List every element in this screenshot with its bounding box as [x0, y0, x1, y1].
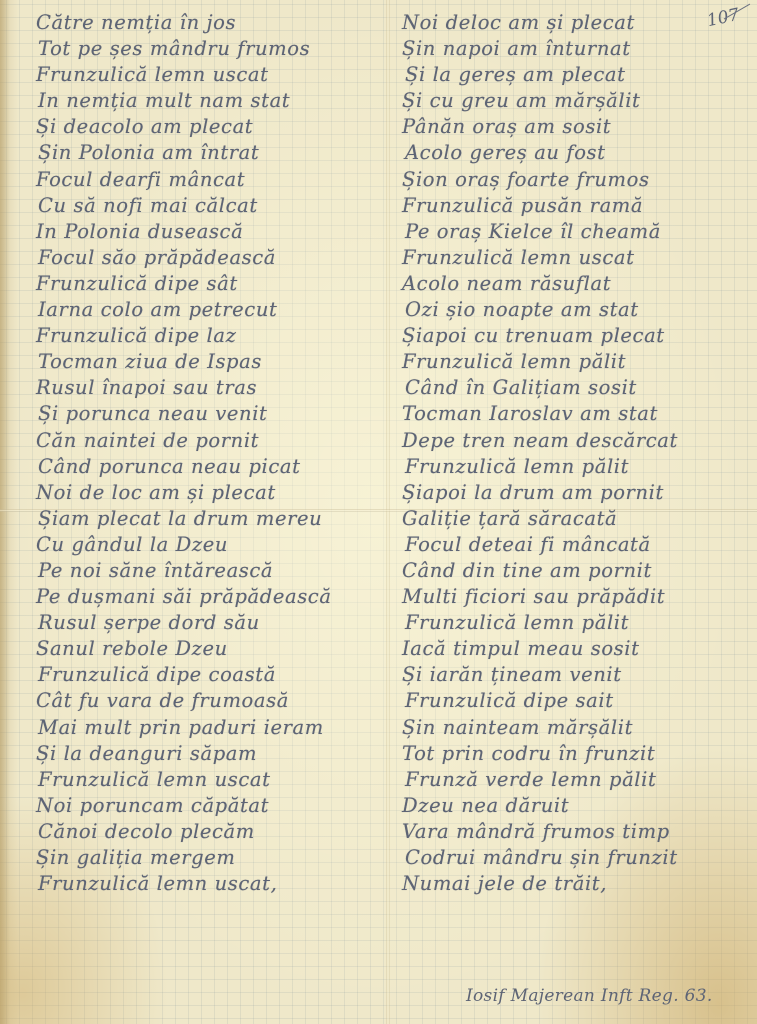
poem-line: Pânăn oraș am sosit: [402, 114, 752, 140]
notebook-page: Către nemția în josTot pe șes mândru fru…: [0, 0, 757, 1024]
poem-line: Focul săo prăpădească: [36, 245, 386, 271]
poem-line: Frunzulică lemn uscat: [36, 62, 386, 88]
poem-line: Când în Galițiam sosit: [402, 375, 752, 401]
poem-line: Șiapoi la drum am pornit: [402, 480, 752, 506]
poem-line: Șin Polonia am întrat: [36, 140, 386, 166]
poem-line: Iacă timpul meau sosit: [402, 636, 752, 662]
poem-line: In nemția mult nam stat: [36, 88, 386, 114]
poem-line: Frunzulică lemn uscat,: [36, 871, 386, 897]
poem-line: Frunzulică dipe coastă: [36, 662, 386, 688]
poem-line: Mai mult prin paduri ieram: [36, 715, 386, 741]
poem-line: Noi deloc am și plecat: [402, 10, 752, 36]
poem-line: Șin napoi am înturnat: [402, 36, 752, 62]
poem-line: Rusul înapoi sau tras: [36, 375, 386, 401]
poem-line: Frunzulică lemn uscat: [36, 767, 386, 793]
poem-line: Tocman ziua de Ispas: [36, 349, 386, 375]
poem-line: Șin galiția mergem: [36, 845, 386, 871]
poem-line: Iarna colo am petrecut: [36, 297, 386, 323]
poem-line: Frunzulică lemn pălit: [402, 349, 752, 375]
poem-line: Când din tine am pornit: [402, 558, 752, 584]
poem-line: Pe noi săne întărească: [36, 558, 386, 584]
poem-line: In Polonia dusească: [36, 219, 386, 245]
author-signature: Iosif Majerean Inft Reg. 63.: [466, 986, 713, 1006]
poem-line: Când porunca neau picat: [36, 454, 386, 480]
right-poem-column: Noi deloc am și plecatȘin napoi am întur…: [402, 10, 752, 897]
poem-line: Tot pe șes mândru frumos: [36, 36, 386, 62]
poem-line: Cât fu vara de frumoasă: [36, 688, 386, 714]
poem-line: Cu să nofi mai călcat: [36, 193, 386, 219]
poem-line: Căn naintei de pornit: [36, 428, 386, 454]
poem-line: Frunzulică lemn pălit: [402, 610, 752, 636]
poem-line: Rusul șerpe dord său: [36, 610, 386, 636]
poem-line: Pe oraș Kielce îl cheamă: [402, 219, 752, 245]
poem-line: Multi ficiori sau prăpădit: [402, 584, 752, 610]
page-edge-shadow: [0, 0, 10, 1024]
poem-line: Frunzulică lemn pălit: [402, 454, 752, 480]
poem-line: Galiție țară săracată: [402, 506, 752, 532]
poem-line: Șin nainteam mărșălit: [402, 715, 752, 741]
poem-line: Frunzulică lemn uscat: [402, 245, 752, 271]
poem-line: Și la deanguri săpam: [36, 741, 386, 767]
poem-line: Și iarăn țineam venit: [402, 662, 752, 688]
poem-line: Frunzulică dipe laz: [36, 323, 386, 349]
poem-line: Și deacolo am plecat: [36, 114, 386, 140]
poem-line: Și porunca neau venit: [36, 401, 386, 427]
poem-line: Tocman Iaroslav am stat: [402, 401, 752, 427]
poem-line: Acolo gereș au fost: [402, 140, 752, 166]
poem-line: Focul deteai fi mâncată: [402, 532, 752, 558]
poem-line: Șiam plecat la drum mereu: [36, 506, 386, 532]
left-poem-column: Către nemția în josTot pe șes mândru fru…: [36, 10, 386, 897]
poem-line: Șion oraș foarte frumos: [402, 167, 752, 193]
poem-line: Către nemția în jos: [36, 10, 386, 36]
poem-line: Pe dușmani săi prăpădească: [36, 584, 386, 610]
poem-line: Depe tren neam descărcat: [402, 428, 752, 454]
poem-line: Tot prin codru în frunzit: [402, 741, 752, 767]
poem-line: Cu gândul la Dzeu: [36, 532, 386, 558]
poem-line: Frunzulică dipe sât: [36, 271, 386, 297]
poem-line: Focul dearfi mâncat: [36, 167, 386, 193]
poem-line: Și la gereș am plecat: [402, 62, 752, 88]
poem-line: Dzeu nea dăruit: [402, 793, 752, 819]
poem-line: Și cu greu am mărșălit: [402, 88, 752, 114]
poem-line: Noi de loc am și plecat: [36, 480, 386, 506]
poem-line: Numai jele de trăit,: [402, 871, 752, 897]
poem-line: Frunzulică pusăn ramă: [402, 193, 752, 219]
poem-line: Acolo neam răsuflat: [402, 271, 752, 297]
poem-line: Vara mândră frumos timp: [402, 819, 752, 845]
poem-line: Cănoi decolo plecăm: [36, 819, 386, 845]
poem-line: Noi poruncam căpătat: [36, 793, 386, 819]
poem-line: Sanul rebole Dzeu: [36, 636, 386, 662]
poem-line: Ozi șio noapte am stat: [402, 297, 752, 323]
poem-line: Frunză verde lemn pălit: [402, 767, 752, 793]
center-spine: [386, 0, 390, 1024]
poem-line: Frunzulică dipe sait: [402, 688, 752, 714]
poem-line: Codrui mândru șin frunzit: [402, 845, 752, 871]
poem-line: Șiapoi cu trenuam plecat: [402, 323, 752, 349]
